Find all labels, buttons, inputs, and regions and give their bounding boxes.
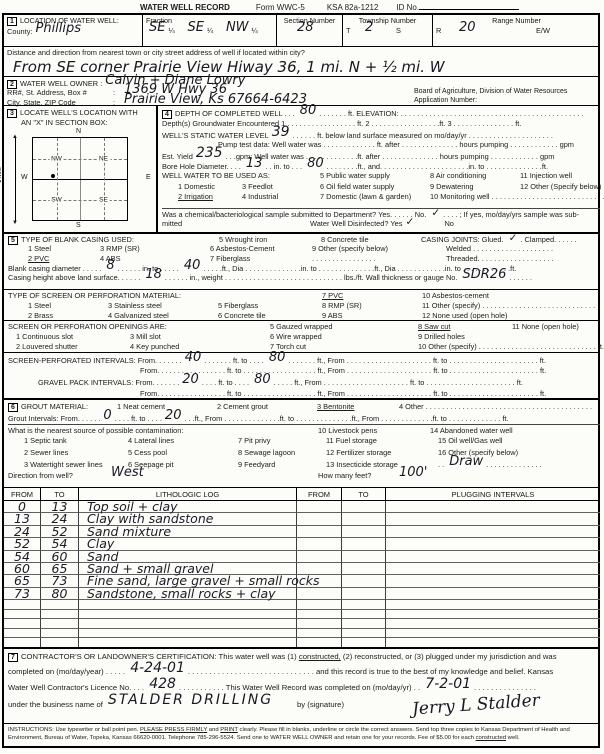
printed-text: T [346, 26, 362, 36]
handwritten-value: 28 [294, 23, 317, 33]
printed-text: 1 Septic tank [24, 435, 128, 446]
printed-text: by (signature) [297, 699, 409, 711]
depth-line: 4DEPTH OF COMPLETED WELL . . . 80. . . .… [162, 108, 600, 119]
printed-text: . . . . . . in., weight . . . . . . . . … [165, 273, 460, 282]
use-row-3: 2 Irrigation4 Industrial7 Domestic (lawn… [162, 192, 600, 203]
certification-line-4: under the business name of STALDER DRILL… [8, 696, 600, 712]
printed-text: and [207, 727, 220, 733]
printed-text: 7 Pit privy [238, 435, 326, 446]
printed-text: TYPE OF BLANK CASING USED: [21, 235, 219, 244]
handwritten-value: 4-24-01 [127, 660, 188, 676]
grout-material-line: 6GROUT MATERIAL:1 Neat cement2 Cement gr… [8, 401, 600, 412]
openings-row-2: 1 Continuous slot3 Mill slot6 Wire wrapp… [8, 332, 600, 342]
printed-text: under the business name of [8, 700, 105, 709]
handwritten-value: 100' [396, 465, 430, 480]
handwritten-value: ✓ [506, 232, 521, 244]
litholog-from-value: 73 [4, 588, 41, 600]
printed-text: 5 Wrought iron [219, 235, 321, 244]
groundwater-line: Depth(s) Groundwater Encountered 1 . . .… [162, 119, 600, 130]
yield-line: Est. Yield235. . .gpm: Well water was . … [162, 150, 600, 161]
printed-text: 6 Wire wrapped [270, 332, 418, 342]
plugging-to-cell [342, 610, 386, 620]
printed-text: 1 Steel [28, 244, 100, 253]
compass-east-label: E [146, 174, 151, 181]
plugging-to-cell [342, 538, 386, 550]
screen-material-section: TYPE OF SCREEN OR PERFORATION MATERIAL:7… [4, 289, 600, 320]
handwritten-value: ✓ [402, 217, 444, 228]
printed-text: No [444, 219, 453, 228]
printed-text: . . . . . . . . . . . . . . [486, 460, 541, 469]
printed-text: 2 Sewer lines [24, 447, 128, 458]
printed-text: County: [7, 27, 32, 36]
litholog-to-value [41, 600, 79, 610]
printed-text: . . . . . . . . . . . This Water Well Re… [179, 683, 422, 692]
printed-text: 1 Steel [28, 301, 108, 311]
printed-text: 4 Galvanized steel [108, 311, 218, 321]
section-7-box: 7 [8, 653, 18, 662]
plugging-interval-cell [386, 551, 600, 563]
printed-text: 3 Stainless steel [108, 301, 218, 311]
printed-text: Est. Yield [162, 152, 193, 161]
plugging-to-cell [342, 588, 386, 600]
printed-text: CASING JOINTS: Glued. [421, 235, 506, 244]
handwritten-value: SE [146, 20, 168, 35]
handwritten-value: West [108, 467, 318, 478]
handwritten-value: SE [184, 20, 206, 35]
litholog-row [4, 619, 600, 629]
location-cell: 1LOCATION OF WATER WELL: County:Phillips [4, 15, 143, 46]
plugging-interval-cell [386, 526, 600, 538]
plugging-interval-cell [386, 588, 600, 600]
quadrant-se-label: SE [97, 196, 110, 203]
printed-text: clearly. Please fill in blanks, underlin… [238, 727, 570, 733]
printed-text: 8 Air conditioning [430, 171, 520, 182]
plugging-from-cell [297, 588, 342, 600]
litholog-row: 73 80 Sandstone, small rocks + clay [4, 588, 600, 600]
screen-intervals-line-2: From. . . . . . . . . . . . . . . . . ft… [8, 365, 600, 376]
litholog-from-value [4, 610, 41, 620]
casing-diameter-line: Blank casing diameter . . . . . 8. . . .… [8, 263, 600, 272]
fraction-cell: Fraction SE¼SE¼NW¼ [143, 15, 277, 46]
handwritten-value: STALDER DRILLING [105, 694, 297, 706]
litholog-from-value [4, 619, 41, 629]
locate-title-1: 3LOCATE WELL'S LOCATION WITH [7, 108, 156, 118]
water-well-record-form: WATER WELL RECORDForm WWC-5KSA 82a-1212I… [0, 0, 604, 754]
printed-text: . Clamped. . . . . . [520, 235, 576, 244]
printed-text: 9 Drilled holes [418, 332, 465, 341]
handwritten-value: 80 [297, 103, 320, 118]
printed-text: 8 Concrete tile [321, 235, 421, 244]
printed-text: PLEASE PRESS FIRMLY [140, 727, 207, 733]
printed-text: Environment, Bureau of Water, Topeka, Ka… [8, 735, 476, 741]
printed-text: (2) reconstructed, or (3) plugged under … [341, 652, 557, 661]
compass-north-label: N [76, 128, 81, 135]
printed-text: 15 Oil well/Gas well [438, 436, 502, 445]
quadrant-ne-label: NE [97, 155, 110, 162]
printed-text: WATER WELL RECORD [140, 3, 230, 13]
plugging-to-cell [342, 513, 386, 525]
handwritten-value: Draw [446, 454, 486, 469]
distance-question: Distance and direction from nearest town… [7, 48, 597, 58]
printed-text: Direction from well? [8, 470, 108, 481]
handwritten-value: 80 [266, 350, 289, 365]
casing-height-line: Casing height above land surface. . . . … [8, 272, 600, 281]
quarter-line-h2 [33, 200, 127, 201]
printed-text: 11 Fuel storage [326, 435, 438, 446]
plugging-interval-cell [386, 629, 600, 639]
handwritten-value: Jerry L Stalder [409, 694, 543, 715]
gravel-intervals-line-1: GRAVEL PACK INTERVALS: From. . . . . . .… [8, 376, 600, 387]
plugging-from-cell [297, 600, 342, 610]
screen-row-3: 2 Brass4 Galvanized steel6 Concrete tile… [8, 311, 600, 321]
printed-text: well. [506, 735, 519, 741]
printed-text: PRINT [220, 727, 238, 733]
mile-scale-line [15, 138, 16, 222]
section-number-field: 28 [280, 25, 339, 35]
printed-text: 6 Concrete tile [218, 311, 322, 321]
use-row-1: WELL WATER TO BE USED AS:5 Public water … [162, 171, 600, 182]
range-field: R20E/W [436, 25, 597, 35]
printed-text: TYPE OF SCREEN OR PERFORATION MATERIAL: [8, 291, 322, 301]
handwritten-value: 20 [456, 23, 536, 33]
handwritten-value: 7-2-01 [422, 676, 474, 692]
handwritten-value: 13 [243, 156, 266, 171]
printed-text: 3 Bentonite [317, 401, 399, 412]
printed-text: 9 Dewatering [430, 182, 520, 193]
printed-text: 11 None (open hole) [512, 322, 579, 331]
handwritten-value: 18 [142, 267, 165, 282]
printed-text: E/W [536, 26, 550, 35]
section-box-diagram: N S W E ▲ ▼ 1 Mile NW NE SW [4, 128, 156, 233]
township-field: T2S [346, 25, 429, 35]
grout-intervals-line: Grout Intervals: From. . . . . .0. . . .… [8, 412, 600, 423]
printed-text: 5 Public water supply [320, 171, 430, 182]
printed-text: INSTRUCTIONS: Use typewriter or ball poi… [8, 727, 140, 733]
plugging-to-cell [342, 501, 386, 513]
quarter-line-h1 [33, 159, 127, 160]
instructions-footer: INSTRUCTIONS: Use typewriter or ball poi… [4, 723, 600, 746]
township-cell: Township Number T2S [343, 15, 433, 46]
printed-text: . . .gpm: Well water was . . . . . . . .… [226, 152, 555, 161]
printed-text: . . . . . . . ft. to . . . . [204, 356, 266, 365]
printed-text: . . . . . . . . . . . . . . . . [312, 254, 412, 263]
owner-name-line: 2WATER WELL OWNER :Calvin + Diane Lowry [7, 78, 597, 87]
printed-text: 7 Fiberglass [210, 254, 312, 263]
compass-south-label: S [76, 222, 81, 229]
printed-text: . . . . ft. to . . . . [115, 414, 162, 423]
printed-text: Grout Intervals: From. . . . . . [8, 414, 100, 423]
handwritten-value: 235 [193, 145, 226, 161]
handwritten-value: 40 [181, 258, 204, 273]
printed-text: 2 PVC [28, 254, 100, 263]
plugging-from-cell [297, 551, 342, 563]
printed-text: . . . . . . . . . . . . . . . . . . . . … [188, 667, 553, 676]
printed-text: Depth(s) Groundwater Encountered 1 . . .… [162, 119, 521, 128]
handwritten-value: 20 [179, 372, 202, 387]
handwritten-value: 20 [162, 408, 185, 423]
grout-section: 6GROUT MATERIAL:1 Neat cement2 Cement gr… [4, 398, 600, 487]
printed-text: 12 Other (Specify below) [520, 182, 601, 191]
printed-text: 4 Industrial [242, 192, 320, 203]
contamination-row-2: 2 Sewer lines5 Cess pool8 Sewage lagoon1… [8, 447, 600, 458]
quadrant-sw-label: SW [49, 196, 63, 203]
plugging-to-cell [342, 575, 386, 587]
quarter-line-v1 [57, 138, 58, 220]
litholog-description [79, 629, 297, 639]
litholog-to-value: 80 [41, 588, 79, 600]
certification-line-2: completed on (mo/day/year) . . . . . 4-2… [8, 664, 600, 680]
plugging-from-cell [297, 575, 342, 587]
printed-text: 9 Other (specify below) [312, 244, 412, 253]
plugging-interval-cell [386, 600, 600, 610]
printed-text: 5 Gauzed wrapped [270, 322, 418, 332]
certification-line-1: 7CONTRACTOR'S OR LANDOWNER'S CERTIFICATI… [8, 651, 600, 664]
application-number-label: Application Number: [414, 97, 596, 106]
screen-row-1: TYPE OF SCREEN OR PERFORATION MATERIAL:7… [8, 291, 600, 301]
locate-and-well-row: 3LOCATE WELL'S LOCATION WITH AN "X" IN S… [4, 105, 600, 232]
printed-text: 3 Feedlot [242, 182, 320, 193]
litholog-to-value [41, 610, 79, 620]
handwritten-value: 39 [269, 124, 293, 140]
printed-text: R [436, 26, 456, 36]
plugging-interval-cell [386, 575, 600, 587]
handwritten-value: 80 [304, 156, 327, 171]
printed-text: 11 Other (specify) . . . . . . . . . . .… [422, 301, 595, 310]
certification-section: 7CONTRACTOR'S OR LANDOWNER'S CERTIFICATI… [4, 647, 600, 723]
printed-text: 2 Irrigation [178, 192, 242, 203]
printed-text: Form WWC-5 [256, 3, 305, 13]
section-1-box: 1 [7, 17, 17, 26]
printed-text: . . . . ft. to . . . . [202, 378, 251, 387]
plugging-to-cell [342, 526, 386, 538]
header-to-2: TO [342, 488, 386, 500]
plugging-from-cell [297, 513, 342, 525]
well-location-mark [51, 174, 55, 178]
plugging-to-cell [342, 629, 386, 639]
casing-row-1: 5TYPE OF BLANK CASING USED:5 Wrought iro… [8, 235, 600, 244]
handwritten-value: 40 [182, 350, 205, 365]
printed-text: 5 Fiberglass [218, 301, 322, 311]
printed-text: 9 ABS [322, 311, 422, 321]
printed-text: . . . . . . . .ft., and. . . . . . . . .… [327, 162, 548, 171]
sample-line-1: Was a chemical/bacteriological sample su… [162, 208, 600, 219]
printed-text: 3 RMP (SR) [100, 244, 210, 253]
screen-row-2: 1 Steel3 Stainless steel5 Fiberglass8 RM… [8, 301, 600, 311]
printed-text [419, 2, 519, 10]
county-field: County:Phillips [7, 26, 139, 36]
printed-text: ¼ [207, 26, 223, 36]
printed-text: Pump test data: Well water was . . . . .… [218, 140, 574, 151]
printed-text: 4 Lateral lines [128, 435, 238, 446]
printed-text: 11 Injection well [520, 171, 572, 180]
ew-center-line [33, 179, 127, 180]
printed-text: How many feet? [318, 470, 396, 481]
litholog-row [4, 600, 600, 610]
header-plugging-intervals: PLUGGING INTERVALS [386, 488, 600, 500]
printed-text: . . in. to . . . [265, 162, 304, 171]
litholog-to-value [41, 619, 79, 629]
printed-text: Bore Hole Diameter. . . . [162, 162, 243, 171]
plugging-interval-cell [386, 619, 600, 629]
plugging-from-cell [297, 501, 342, 513]
litholog-description: Sandstone, small rocks + clay [79, 588, 297, 600]
printed-text: 1 Domestic [178, 182, 242, 193]
printed-text: 7 PVC [322, 291, 422, 301]
plugging-to-cell [342, 619, 386, 629]
handwritten-value: SDR26 [460, 267, 510, 282]
litholog-from-value [4, 600, 41, 610]
plugging-to-cell [342, 563, 386, 575]
printed-text: . . . . . ft., From . . . . . . . . . . … [274, 378, 523, 387]
plugging-interval-cell [386, 610, 600, 620]
printed-text: Water Well Contractor's Licence No. . . … [8, 683, 146, 692]
section-number-cell: Section Number 28 [277, 15, 343, 46]
printed-text: 10 Monitoring well . . . . . . . . . . .… [430, 192, 604, 201]
printed-text: ¼ [252, 26, 258, 35]
section-3-box: 3 [7, 109, 17, 118]
use-row-2: 1 Domestic3 Feedlot6 Oil field water sup… [162, 182, 600, 193]
form-title-line: WATER WELL RECORDForm WWC-5KSA 82a-1212I… [0, 2, 604, 13]
litholog-row [4, 610, 600, 620]
fraction-field: SE¼SE¼NW¼ [146, 25, 273, 35]
well-details-section: 4DEPTH OF COMPLETED WELL . . . 80. . . .… [156, 106, 600, 233]
instructions-line-2: Environment, Bureau of Water, Topeka, Ka… [8, 734, 596, 742]
lithologic-log-table: FROM TO LITHOLOGIC LOG FROM TO PLUGGING … [4, 487, 600, 647]
handwritten-value: 2 [362, 23, 396, 33]
plugging-to-cell [342, 600, 386, 610]
pump-test-line: Pump test data: Well water was . . . . .… [162, 140, 600, 151]
sample-line-2: mittedWater Well Disinfected? Yes✓No [162, 218, 600, 229]
printed-text: 8 Sewage lagoon [238, 447, 326, 458]
contamination-question-line: What is the nearest source of possible c… [8, 424, 600, 435]
litholog-from-value [4, 629, 41, 639]
static-level-line: WELL'S STATIC WATER LEVEL39. . . . . . f… [162, 129, 600, 140]
printed-text: 2 Brass [28, 311, 108, 321]
printed-text: . . . . . . [509, 273, 532, 282]
casing-section: 5TYPE OF BLANK CASING USED:5 Wrought iro… [4, 232, 600, 289]
plugging-from-cell [297, 538, 342, 550]
mile-arrow-down: ▼ [12, 220, 18, 226]
printed-text: ID No. [396, 3, 419, 13]
printed-text: 6 Oil field water supply [320, 182, 430, 193]
plugging-interval-cell [386, 538, 600, 550]
printed-text: Threaded. . . . . . . . . . . . . . . . … [446, 254, 554, 263]
plugging-from-cell [297, 619, 342, 629]
casing-row-2: 1 Steel3 RMP (SR)6 Asbestos-Cement9 Othe… [8, 244, 600, 253]
printed-text: mitted [162, 219, 310, 230]
screen-intervals-line-1: SCREEN-PERFORATED INTERVALS: From. . . .… [8, 354, 600, 365]
handwritten-value: 0 [100, 408, 114, 423]
printed-text: Welded . . . . . . . . . . . . . . . . .… [446, 244, 553, 253]
plugging-to-cell [342, 551, 386, 563]
range-cell: Range Number R20E/W [433, 15, 600, 46]
compass-west-label: W [21, 174, 28, 181]
litholog-row [4, 629, 600, 639]
quadrant-nw-label: NW [49, 155, 64, 162]
printed-text: KSA 82a-1212 [327, 3, 379, 13]
printed-text: ¼ [168, 26, 184, 36]
printed-text: From. . . . . . . . . . . . . . . . . ft… [140, 389, 546, 398]
litholog-description [79, 610, 297, 620]
handwritten-value: 428 [146, 676, 179, 692]
printed-text: 1 Continuous slot [16, 332, 130, 342]
printed-text: . . .ft., From . . . . . . . . . . . . .… [184, 414, 508, 423]
openings-section: SCREEN OR PERFORATION OPENINGS ARE:5 Gau… [4, 320, 600, 352]
direction-distance-line: Direction from well?WestHow many feet?10… [8, 469, 600, 480]
plugging-interval-cell [386, 513, 600, 525]
plugging-from-cell [297, 610, 342, 620]
printed-text: . . . . . . . ft. ELEVATION: . . . . . .… [319, 109, 583, 118]
handwritten-value: 8 [103, 258, 117, 273]
handwritten-value: NW [223, 20, 252, 35]
printed-text: 8 RMP (SR) [322, 301, 422, 311]
section-6-box: 6 [8, 403, 18, 412]
agency-name: Board of Agriculture, Division of Water … [414, 88, 596, 97]
printed-text: 14 Abandoned water well [430, 426, 513, 435]
printed-text: . . [438, 460, 446, 469]
instructions-line-1: INSTRUCTIONS: Use typewriter or ball poi… [8, 726, 596, 734]
owner-section: 2WATER WELL OWNER :Calvin + Diane Lowry … [4, 76, 600, 105]
casing-row-3: 2 PVC4 ABS7 Fiberglass. . . . . . . . . … [8, 254, 600, 263]
printed-text: completed on (mo/day/year) . . . . . [8, 667, 127, 676]
bore-hole-line: Bore Hole Diameter. . . . 13. . in. to .… [162, 161, 600, 172]
printed-text: 5 Cess pool [128, 447, 238, 458]
printed-text: 12 Fertilizer storage [326, 447, 438, 458]
section-grid-box: NW NE SW SE [32, 137, 128, 221]
printed-text: 10 Asbestos-cement [422, 291, 489, 300]
printed-text: WELL WATER TO BE USED AS: [162, 171, 320, 182]
printed-text: 3 Mill slot [130, 332, 270, 342]
printed-text: GRAVEL PACK INTERVALS: From. . . . . . . [38, 377, 179, 388]
printed-text: 10 Other (specify) . . . . . . . . . . .… [418, 342, 604, 351]
intervals-section: SCREEN-PERFORATED INTERVALS: From. . . .… [4, 352, 600, 398]
handwritten-value: 80 [251, 372, 274, 387]
printed-text: S [396, 26, 401, 35]
printed-text: 8 Saw cut [418, 322, 512, 332]
plugging-from-cell [297, 526, 342, 538]
plugging-from-cell [297, 629, 342, 639]
contamination-row-1: 1 Septic tank4 Lateral lines7 Pit privy1… [8, 435, 600, 446]
distance-section: Distance and direction from nearest town… [4, 46, 600, 76]
litholog-description [79, 600, 297, 610]
section-5-box: 5 [8, 236, 18, 245]
printed-text: SCREEN OR PERFORATION OPENINGS ARE: [8, 322, 270, 332]
header-from-2: FROM [297, 488, 342, 500]
litholog-to-value [41, 629, 79, 639]
printed-text: constructed [476, 735, 506, 741]
mile-scale-label: 1 Mile [0, 167, 3, 183]
printed-text: Casing height above land surface. . . . … [8, 273, 142, 282]
litholog-description [79, 619, 297, 629]
printed-text: SCREEN-PERFORATED INTERVALS: From. . . .… [8, 356, 182, 365]
plugging-interval-cell [386, 501, 600, 513]
locate-section: 3LOCATE WELL'S LOCATION WITH AN "X" IN S… [4, 106, 156, 233]
handwritten-value: Phillips [32, 21, 84, 36]
printed-text: 12 None used (open hole) [422, 311, 507, 320]
quarter-line-v2 [104, 138, 105, 220]
printed-text: 2 Cement grout [217, 401, 317, 412]
printed-text: 6 Asbestos-Cement [210, 244, 312, 253]
location-row: 1LOCATION OF WATER WELL: County:Phillips… [4, 15, 600, 46]
openings-row-1: SCREEN OR PERFORATION OPENINGS ARE:5 Gau… [8, 322, 600, 332]
printed-text: DEPTH OF COMPLETED WELL . . . [175, 109, 297, 118]
printed-text: 4 Other . . . . . . . . . . . . . . . . … [399, 402, 592, 411]
printed-text: . . . . ; If yes, mo/day/yrs sample was … [443, 210, 579, 219]
distance-answer: From SE corner Prairie View Hiway 36, 1 … [7, 58, 597, 76]
printed-text: 7 Domestic (lawn & garden) [320, 192, 430, 203]
agency-block: Board of Agriculture, Division of Water … [414, 88, 596, 105]
plugging-interval-cell [386, 563, 600, 575]
